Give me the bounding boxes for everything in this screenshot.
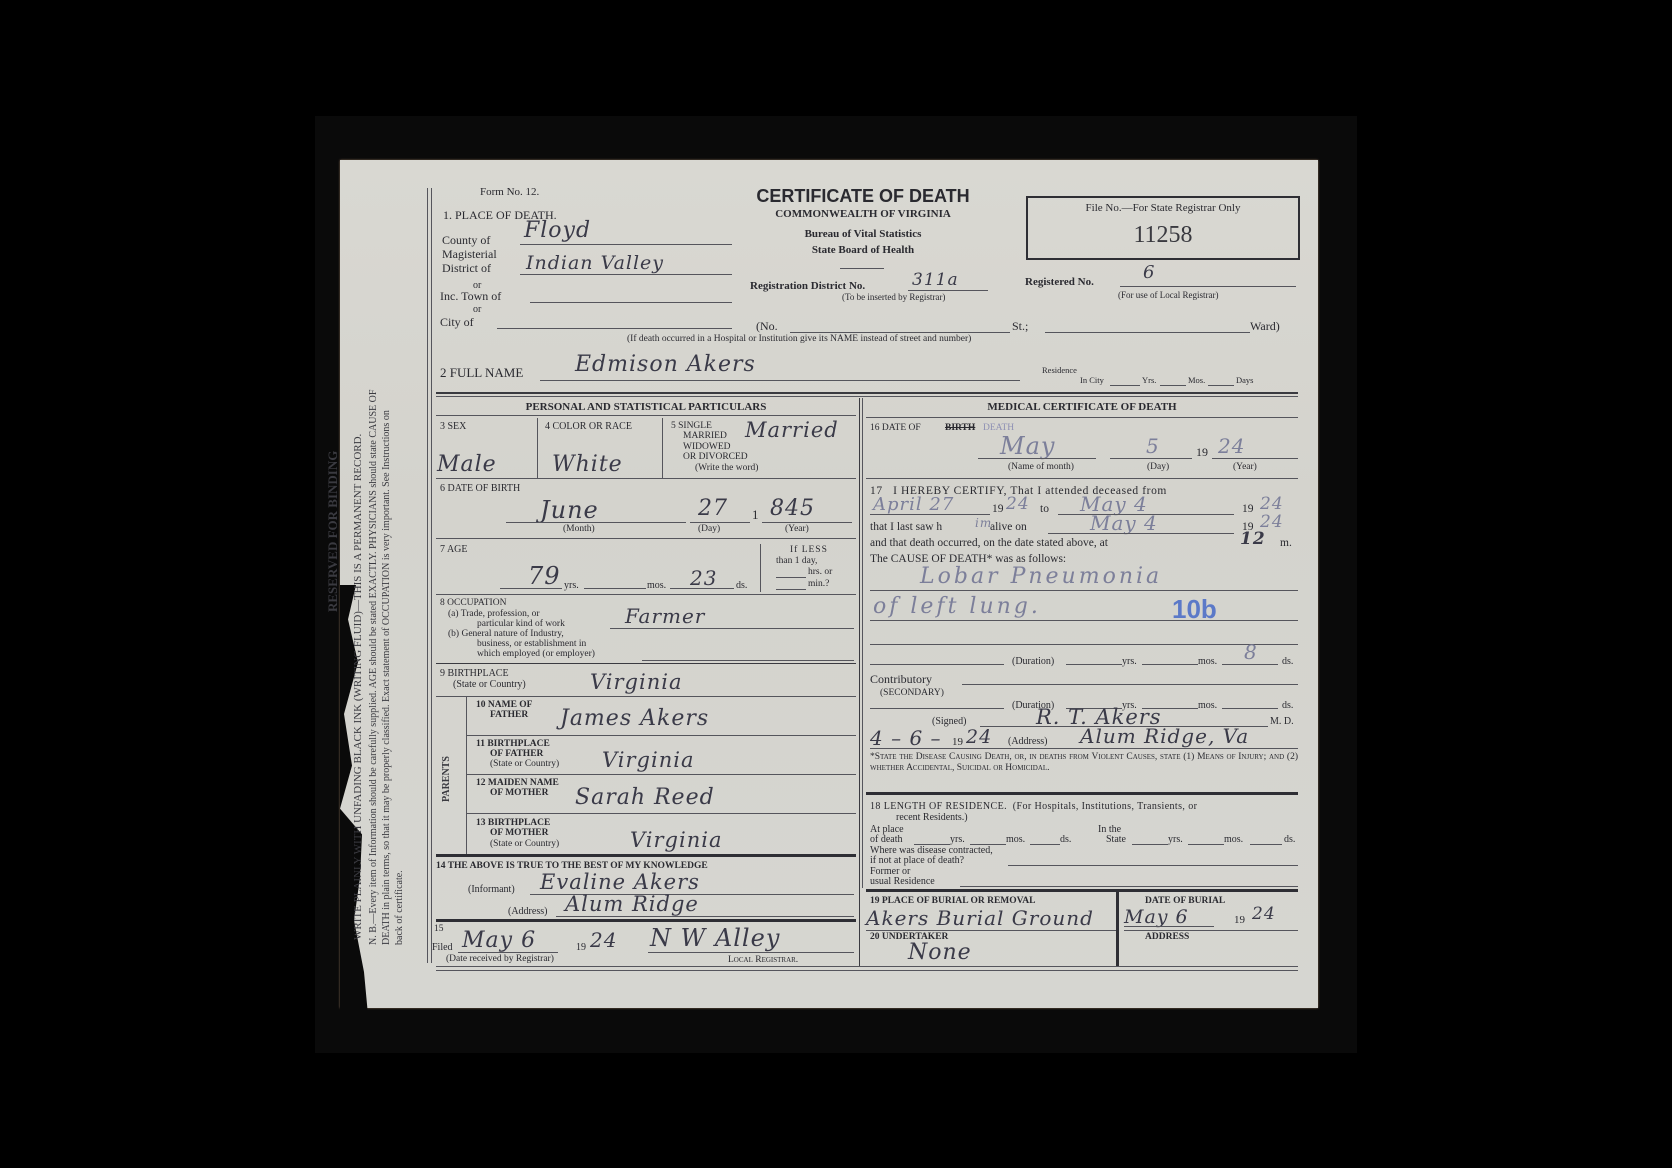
undertaker-value[interactable]: None: [908, 940, 972, 965]
duration-pre-line: [870, 664, 1004, 665]
dod-struck-birth: BIRTH: [945, 423, 975, 434]
father-rule: [466, 735, 856, 736]
residence-thick-rule: [866, 889, 1298, 892]
registrar-label: Local Registrar.: [728, 955, 798, 966]
dob-year-note: (Year): [785, 524, 809, 535]
res-yrs-line: [1160, 385, 1186, 386]
duration-mos-line: [1142, 664, 1198, 665]
dob-year[interactable]: 845: [770, 496, 815, 521]
age-ds-label: ds.: [736, 580, 747, 592]
in-city-line: [1110, 385, 1140, 386]
occ-a-line: [610, 628, 854, 629]
row-rule-1: [436, 478, 856, 479]
age-yrs-line: [500, 588, 562, 589]
filed-date-line: [458, 952, 558, 953]
medical-heading: MEDICAL CERTIFICATE OF DEATH: [866, 401, 1298, 413]
name-section-rule-2: [436, 396, 1298, 397]
full-name-label: 2 FULL NAME: [440, 366, 523, 381]
res-death-mos: mos.: [1006, 834, 1025, 846]
informant-address-value[interactable]: Alum Ridge: [565, 892, 699, 916]
or-2: or: [473, 304, 481, 316]
res-state-mos: mos.: [1224, 834, 1243, 846]
sex-race-divider: [537, 418, 538, 478]
registrar-line: [648, 952, 854, 953]
less-min-line: [776, 589, 806, 590]
age-days-line: [670, 588, 734, 589]
md-label: M. D.: [1270, 716, 1294, 728]
of-death-label: of death: [870, 834, 903, 846]
occupation-value[interactable]: Farmer: [625, 604, 705, 628]
attended-from-line: [870, 514, 990, 515]
race-label: 4 COLOR OR RACE: [545, 421, 632, 433]
med-rule-1: [866, 478, 1298, 479]
res-state-yrs: yrs.: [1168, 834, 1183, 846]
binding-note: RESERVED FOR BINDING: [325, 451, 341, 612]
mother-birthplace-value[interactable]: Virginia: [630, 828, 722, 852]
marital-value[interactable]: Married: [745, 418, 839, 442]
district-note: (To be inserted by Registrar): [842, 292, 945, 302]
registration-district-label: Registration District No.: [750, 280, 865, 293]
row-rule-4: [436, 663, 856, 664]
residence-heading: 18 LENGTH OF RESIDENCE. (For Hospitals, …: [870, 801, 1197, 813]
filed-number: 15: [434, 924, 444, 935]
certificate-title: CERTIFICATE OF DEATH: [738, 186, 988, 207]
duration2-ds: ds.: [1282, 700, 1293, 712]
district-label-2: District of: [442, 262, 491, 276]
age-mos-line: [584, 588, 646, 589]
left-rule-outer: [427, 188, 428, 963]
marital-label-2: MARRIED: [683, 431, 727, 442]
street-line: [790, 332, 1010, 333]
duration-days-line: [1222, 664, 1278, 665]
dob-label: 6 DATE OF BIRTH: [440, 483, 520, 495]
res-state-ds-line: [1250, 844, 1282, 845]
res-death-yrs: yrs.: [950, 834, 965, 846]
board-name: State Board of Health: [738, 244, 988, 256]
mother-label-2: OF MOTHER: [490, 788, 549, 799]
duration-days[interactable]: 8: [1244, 640, 1258, 664]
former-line: [960, 886, 1298, 887]
bottom-rule-1: [436, 966, 1298, 967]
district-of-line: [520, 274, 732, 275]
less-min: min.?: [808, 579, 829, 590]
dod-year[interactable]: 24: [1218, 434, 1245, 458]
attended-to-year-prefix: 19: [1242, 503, 1254, 516]
age-days[interactable]: 23: [690, 566, 717, 590]
filed-year[interactable]: 24: [590, 928, 617, 952]
registered-no-line: [1120, 286, 1296, 287]
district-label-1: Magisterial: [442, 248, 497, 262]
ward-line: [1045, 332, 1250, 333]
parents-thick-rule: [436, 854, 856, 857]
res-mos-line: [1208, 385, 1234, 386]
race-value[interactable]: White: [552, 452, 623, 477]
dod-month-line: [978, 458, 1096, 459]
file-box-label: File No.—For State Registrar Only: [1028, 202, 1298, 214]
race-marital-divider: [662, 418, 663, 478]
duration-label: (Duration): [1012, 656, 1054, 668]
last-saw-label: that I last saw h: [870, 521, 942, 534]
nb-text-3: back of certificate.: [394, 870, 405, 945]
bureau-name: Bureau of Vital Statistics: [738, 228, 988, 240]
burial-year-line: [1124, 930, 1298, 931]
registered-no-value[interactable]: 6: [1143, 262, 1155, 283]
sex-label: 3 SEX: [440, 421, 466, 433]
contracted-2: if not at place of death?: [870, 855, 964, 867]
county-label: County of: [442, 234, 490, 248]
medical-thick-rule: [866, 792, 1298, 795]
res-days: Days: [1236, 376, 1253, 386]
attended-to-year[interactable]: 24: [1260, 494, 1284, 514]
file-number-box: File No.—For State Registrar Only 11258: [1026, 196, 1300, 260]
birthplace-note: (State or Country): [453, 679, 526, 691]
occ-b-3: which employed (or employer): [477, 649, 595, 660]
death-time[interactable]: 12: [1240, 529, 1266, 549]
res-death-ds: ds.: [1060, 834, 1071, 846]
file-number: 11258: [1028, 222, 1298, 249]
less-label-1: If LESS: [790, 545, 828, 556]
less-label-2: than 1 day,: [776, 556, 817, 567]
cause-rule-1: [870, 590, 1298, 591]
city-label: City of: [440, 316, 474, 330]
secondary-label: (SECONDARY): [880, 688, 944, 699]
birthplace-value[interactable]: Virginia: [590, 670, 682, 694]
side-note-line1: WRITE PLAINLY WITH UNFADING BLACK INK (W…: [352, 434, 364, 940]
county-line: [520, 244, 732, 245]
burial-divider: [1116, 892, 1119, 966]
name-section-rule: [436, 392, 1298, 394]
registration-district-value[interactable]: 311a: [912, 270, 959, 290]
parents-divider: [466, 696, 467, 856]
cause-rule-3: [870, 644, 1298, 645]
dob-year-line: [762, 522, 852, 523]
res-yrs: Yrs.: [1142, 376, 1156, 386]
full-name-line: [540, 380, 1020, 381]
mother-bp-label-3: (State or Country): [490, 839, 559, 850]
occupation-label: 8 OCCUPATION: [440, 598, 506, 609]
contributory-label: Contributory: [870, 673, 932, 687]
parents-label: PARENTS: [441, 756, 452, 802]
burial-place-line: [866, 930, 1116, 931]
informant-thick-rule: [436, 919, 856, 922]
county-value[interactable]: Floyd: [524, 218, 591, 243]
parents-text: PARENTS: [441, 756, 452, 802]
burial-year-prefix: 19: [1234, 914, 1245, 927]
duration-ds: ds.: [1282, 656, 1293, 668]
duration2-days-line: [1222, 708, 1278, 709]
duration-mos: mos.: [1198, 656, 1217, 668]
res-state-ds: ds.: [1284, 834, 1295, 846]
column-divider-2: [862, 398, 863, 888]
dod-day-line: [1110, 458, 1192, 459]
father-value[interactable]: James Akers: [560, 706, 709, 731]
city-line: [497, 328, 732, 329]
less-divider: [760, 544, 761, 592]
duration-yrs: yrs.: [1122, 656, 1137, 668]
dod-year-note: (Year): [1233, 462, 1257, 473]
attended-from[interactable]: April 27: [873, 494, 954, 515]
dod-day[interactable]: 5: [1146, 434, 1160, 458]
dob-month-note: (Month): [563, 524, 595, 535]
to-label: to: [1040, 503, 1049, 516]
burial-address-label: ADDRESS: [1145, 932, 1189, 943]
side-note-line4: back of certificate.: [394, 870, 405, 945]
st-label: St.;: [1012, 320, 1028, 334]
dod-label: 16 DATE OF: [870, 423, 921, 434]
sign-date[interactable]: 4 – 6 –: [870, 726, 942, 750]
street-no-label: (No.: [756, 320, 778, 334]
dob-month[interactable]: June: [540, 496, 599, 524]
sign-year-prefix: 19: [952, 736, 963, 749]
binding-text: RESERVED FOR BINDING: [325, 451, 340, 612]
ward-label: Ward): [1250, 320, 1280, 334]
town-line: [530, 302, 732, 303]
dob-day-note: (Day): [698, 524, 720, 535]
cause-rule-2: [870, 620, 1298, 621]
marital-label-4: OR DIVORCED: [683, 452, 748, 463]
row-rule-5: [436, 696, 856, 697]
dob-month-line: [506, 522, 686, 523]
dob-year-prefix: 1: [752, 508, 759, 523]
sign-line: [870, 748, 1298, 749]
death-time-suffix: m.: [1280, 537, 1292, 550]
burial-date-line: [1124, 926, 1214, 927]
district-line: [908, 290, 988, 291]
residence-label: Residence: [1042, 366, 1077, 376]
age-yrs-label: yrs.: [564, 580, 579, 592]
sign-year[interactable]: 24: [966, 726, 992, 748]
personal-heading: PERSONAL AND STATISTICAL PARTICULARS: [436, 401, 856, 413]
last-saw-line: [1048, 533, 1234, 534]
contributory-line: [962, 684, 1298, 685]
attended-from-year[interactable]: 24: [1006, 494, 1030, 514]
cause-line-1[interactable]: Lobar Pneumonia: [920, 564, 1162, 589]
father-bp-label-3: (State or Country): [490, 759, 559, 770]
sex-value[interactable]: Male: [437, 452, 497, 477]
commonwealth-subtitle: COMMONWEALTH OF VIRGINIA: [738, 208, 988, 220]
occ-b-line: [642, 660, 854, 661]
in-city-label: In City: [1080, 376, 1104, 386]
age-years[interactable]: 79: [528, 562, 561, 590]
burial-year[interactable]: 24: [1252, 904, 1276, 924]
dod-month-note: (Name of month): [1008, 462, 1074, 473]
mother-value[interactable]: Sarah Reed: [575, 785, 715, 810]
father-birthplace-value[interactable]: Virginia: [602, 748, 694, 772]
side-note-line3: DEATH in plain terms, so that it may be …: [381, 410, 392, 945]
contracted-line: [1008, 865, 1298, 866]
dob-day[interactable]: 27: [698, 496, 728, 521]
filed-date[interactable]: May 6: [462, 928, 536, 953]
write-plainly-text: WRITE PLAINLY WITH UNFADING BLACK INK (W…: [352, 434, 364, 940]
alive-on-label: alive on: [990, 521, 1027, 534]
burial-date-value[interactable]: May 6: [1124, 906, 1189, 928]
registered-no-label: Registered No.: [1025, 276, 1094, 289]
sign-address-label: (Address): [1008, 736, 1047, 748]
column-divider: [859, 398, 860, 966]
address-label: (Address): [508, 906, 547, 918]
hospital-note: (If death occurred in a Hospital or Inst…: [627, 334, 971, 345]
res-mos: Mos.: [1188, 376, 1205, 386]
informant-label: (Informant): [468, 884, 515, 896]
less-hrs-line: [776, 577, 806, 578]
footnote: *State the Disease Causing Death, or, in…: [870, 752, 1298, 775]
dod-month[interactable]: May: [1000, 432, 1055, 460]
res-state-mos-line: [1188, 844, 1224, 845]
cause-line-2[interactable]: of left lung.: [873, 594, 1041, 619]
birthplace-label: 9 BIRTHPLACE: [440, 668, 509, 680]
age-label: 7 AGE: [440, 544, 468, 556]
marital-note: (Write the word): [695, 463, 758, 474]
res-state-yrs-line: [1132, 844, 1168, 845]
less-hrs: hrs. or: [808, 567, 832, 578]
attended-from-year-prefix: 19: [992, 503, 1004, 516]
filed-year-prefix: 19: [576, 942, 586, 954]
town-label: Inc. Town of: [440, 290, 501, 304]
former-2: usual Residence: [870, 876, 935, 888]
burial-place-value[interactable]: Akers Burial Ground: [866, 906, 1094, 930]
informant-value[interactable]: Evaline Akers: [540, 870, 700, 894]
registered-no-note: (For use of Local Registrar): [1118, 290, 1218, 300]
duration2-pre-line: [870, 708, 1004, 709]
nb-text-2: DEATH in plain terms, so that it may be …: [381, 410, 392, 945]
bottom-rule-2: [436, 970, 1298, 971]
mother-rule: [466, 813, 856, 814]
dob-day-line: [690, 522, 750, 523]
registrar-signature[interactable]: N W Alley: [650, 924, 780, 952]
filed-label: Filed: [432, 942, 453, 954]
address-line: [556, 916, 854, 917]
title-rule: [840, 268, 884, 269]
dod-year-prefix: 19: [1196, 446, 1208, 460]
dod-day-note: (Day): [1147, 462, 1169, 473]
personal-heading-rule: [436, 415, 856, 416]
state-label: State: [1106, 834, 1126, 846]
duration-yrs-line: [1066, 664, 1122, 665]
residence-heading-2: recent Residents.): [896, 812, 968, 824]
death-occurred-text: and that death occurred, on the date sta…: [870, 537, 1108, 550]
res-death-ds-line: [1030, 844, 1060, 845]
medical-heading-rule: [866, 417, 1298, 418]
row-rule-2: [436, 538, 856, 539]
father-bp-rule: [466, 774, 856, 775]
district-value[interactable]: Indian Valley: [526, 252, 664, 274]
full-name-value[interactable]: Edmison Akers: [575, 352, 756, 377]
sign-address-value[interactable]: Alum Ridge, Va: [1080, 724, 1249, 748]
duration2-mos: mos.: [1198, 700, 1217, 712]
filed-note: (Date received by Registrar): [446, 954, 554, 965]
left-rule-inner: [431, 188, 432, 963]
age-mos-label: mos.: [647, 580, 666, 592]
row-rule-3: [436, 594, 856, 595]
last-saw-date[interactable]: May 4: [1090, 511, 1158, 535]
side-note-line2: N. B.—Every item of Information should b…: [368, 390, 379, 945]
form-number: Form No. 12.: [480, 186, 539, 199]
mother-bp-label-2: OF MOTHER: [490, 828, 549, 839]
nb-text-1: N. B.—Every item of Information should b…: [368, 390, 379, 945]
dod-year-line: [1212, 458, 1298, 459]
father-label-2: FATHER: [490, 710, 528, 721]
